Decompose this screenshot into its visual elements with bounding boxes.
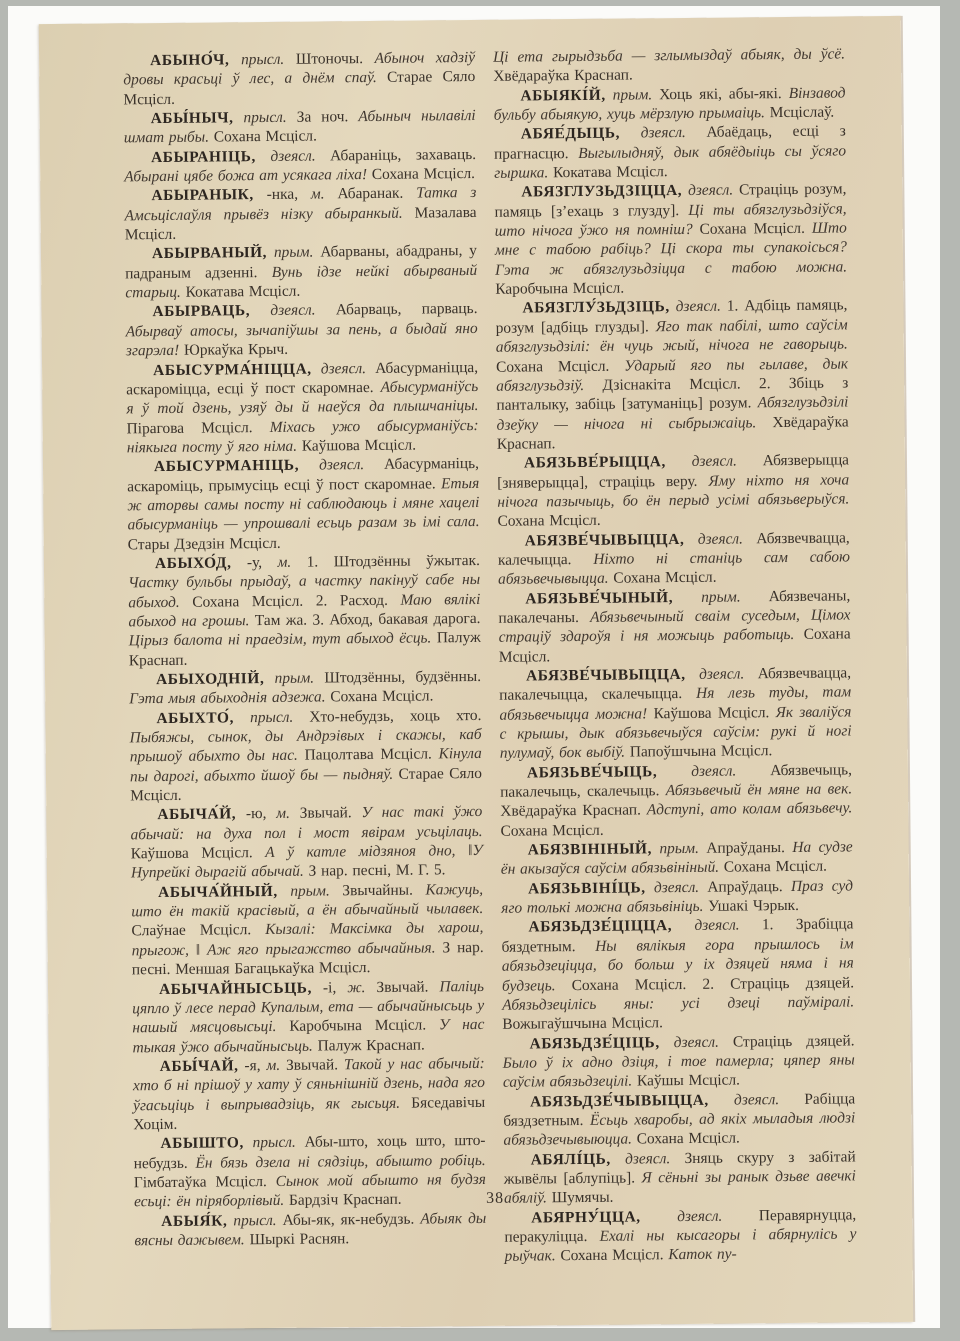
dictionary-entry: АБЯЗВІНІНЫЙ, прым. Апраўданы. На судзе ё… bbox=[501, 837, 853, 879]
italic-text: дзеясл. bbox=[660, 1033, 719, 1051]
dictionary-entry: АБЫНО́Ч, прысл. Штоночы. Абыноч хадзіў д… bbox=[123, 48, 476, 109]
headword: АБЫЯКІ́Й, bbox=[520, 86, 605, 104]
regular-text: Каўшова Мсцісл. bbox=[131, 844, 266, 862]
italic-text: дзеясл. bbox=[250, 302, 316, 320]
dictionary-entry: АБЯЗЬВЕ́ЧЫНЫЙ, прым. Абязвечаны, пакалеч… bbox=[498, 586, 851, 667]
dictionary-entry: АБЯЗЬДЗЕ́ЦІЦЬ, дзеясл. Страціць дзяцей. … bbox=[502, 1031, 855, 1092]
headword: АБЫНО́Ч, bbox=[150, 51, 229, 69]
regular-text: -я, bbox=[239, 1057, 267, 1074]
regular-text: За ноч. bbox=[287, 108, 359, 126]
headword: АБЫШТО, bbox=[160, 1135, 244, 1153]
regular-text: Абаранак. bbox=[324, 185, 416, 203]
regular-text: Штодзённы, будзённы. bbox=[314, 668, 481, 687]
regular-text: Кокатава Мсцісл. bbox=[553, 163, 668, 181]
regular-text: Абы-як, як-небудзь. bbox=[277, 1210, 421, 1228]
italic-text: дзеясл. bbox=[709, 1091, 779, 1109]
italic-text: Абырані цябе божа ат усякага ліха! bbox=[124, 166, 372, 185]
headword: АБЫЧА́ЙНЫЙ, bbox=[158, 883, 278, 901]
dictionary-entry: АБЫСУРМАНІЦЬ, дзеясл. Абасурманіць, аска… bbox=[127, 454, 480, 554]
headword: АБЫРАНЫК, bbox=[151, 187, 254, 205]
regular-text: Сохана Мсцісл. bbox=[500, 822, 603, 840]
headword: АБЯЗЬДЗЕ́ЦІЦЬ, bbox=[529, 1034, 659, 1052]
headword: АБЯЗГЛУЗЬДЗІЦЦА, bbox=[521, 182, 682, 201]
regular-text: Звычай. bbox=[280, 1056, 344, 1074]
regular-text: 1. Штодзённы ўжытак. bbox=[291, 552, 480, 571]
regular-text: Страціць дзяцей. bbox=[719, 1032, 855, 1050]
regular-text: Слаўнае Мсцісл. bbox=[131, 922, 265, 940]
dictionary-entry: АБЫРВАНЫЙ, прым. Абарваны, абадраны, у п… bbox=[125, 241, 478, 302]
italic-text: м. bbox=[277, 554, 291, 571]
italic-text: Ён бязь дзела ні сядзіць, абышто робіць. bbox=[195, 1152, 485, 1172]
regular-text: Вожыгаўшчына Мсцісл. bbox=[502, 1014, 663, 1033]
regular-text: Хвёдараўка Краснап. bbox=[493, 67, 633, 85]
regular-text: Пацолтава Мсцісл. bbox=[305, 746, 439, 764]
regular-text: Кокатава Мсцісл. bbox=[186, 283, 301, 301]
regular-text: Хто-небудзь, хоць хто. bbox=[293, 707, 481, 726]
italic-text: прым. bbox=[264, 670, 314, 687]
dictionary-entry: АБЯЗЬВІНІ́ЦЬ, дзеясл. Апраўдаць. Праз су… bbox=[501, 876, 853, 918]
regular-text: Хоць які, абы-які. bbox=[652, 85, 789, 103]
italic-text: м. bbox=[276, 805, 290, 822]
regular-text: Ушакі Чэрык. bbox=[708, 897, 799, 915]
regular-text: Сохана Мсцісл. bbox=[214, 128, 317, 146]
dictionary-entry: АБЫЯКІ́Й, прым. Хоць які, абы-які. Вінза… bbox=[493, 83, 845, 125]
dictionary-entry: Ці ета гырыдзьба — зглымыздаў абыяк, ды … bbox=[493, 44, 845, 86]
dictionary-entry: АБЯРНУ́ЦЦА, дзеясл. Перавярнуцца, пераку… bbox=[504, 1205, 857, 1266]
regular-text: -і, bbox=[312, 979, 347, 996]
regular-text: Сохана Мсцісл. 2. Расход. bbox=[192, 591, 400, 610]
regular-text: Каробчына Мсцісл. bbox=[289, 1017, 439, 1035]
regular-text: Сохана Мсцісл. bbox=[724, 858, 827, 876]
headword: АБЫХО́Д, bbox=[155, 554, 232, 572]
regular-text: Сохана Мсцісл. bbox=[496, 357, 624, 375]
italic-text: ж. bbox=[347, 979, 365, 996]
regular-text: З нар. песні, М. Г. 5. bbox=[308, 862, 445, 880]
italic-text: дзеясл. bbox=[299, 456, 364, 474]
dictionary-entry: АБЯЗВЕ́ЧЫВЫЦЦА, дзеясл. Абязвечвацца, па… bbox=[499, 663, 852, 763]
italic-text: Каток пу- bbox=[668, 1246, 737, 1264]
headword: АБЯЗГЛУ́ЗЬДЗІЦЬ, bbox=[522, 299, 669, 317]
italic-text: дзеясл. bbox=[312, 360, 366, 378]
regular-text: Мсціслаў. bbox=[770, 104, 835, 122]
headword: АБЫЯ́К, bbox=[161, 1212, 227, 1230]
headword: АБЫЧА́Й, bbox=[157, 806, 236, 824]
regular-text: -нка, bbox=[254, 186, 311, 204]
italic-text: Гэта мыя абыходнія адзежа. bbox=[129, 689, 330, 708]
regular-text: Сохана Мсцісл. bbox=[560, 1246, 668, 1264]
dictionary-entry: АБЫХТО́, прысл. Хто-небудзь, хоць хто. П… bbox=[129, 706, 482, 806]
regular-text: Каўшы Мсцісл. bbox=[637, 1072, 740, 1090]
headword: АБЫ́НЫЧ, bbox=[151, 109, 234, 127]
italic-text: Абырваў атосы, зычапіўшы за пень, а быда… bbox=[126, 320, 478, 360]
italic-text: дзеясл. bbox=[646, 879, 700, 897]
dictionary-entry: АБЫРВАЦЬ, дзеясл. Абарваць, парваць. Абы… bbox=[125, 299, 478, 360]
regular-text: Звычай. bbox=[365, 978, 439, 996]
regular-text: Абарваць, парваць. bbox=[315, 300, 477, 319]
italic-text: дзеясл. bbox=[686, 665, 745, 683]
regular-text: Каўшова Мсцісл. bbox=[653, 704, 775, 722]
regular-text: Апраўдаць. bbox=[699, 878, 791, 896]
dictionary-entry: АБЯЗЬВЕ́РЫЦЦА, дзеясл. Абязверыцца [зняв… bbox=[497, 451, 850, 532]
italic-text: м. bbox=[266, 1057, 280, 1074]
headword: АБЫРВАНЫЙ, bbox=[152, 244, 267, 262]
regular-text: Сохана Мсцісл. bbox=[497, 512, 600, 530]
italic-text: Ці ета гырыдзьба — зглымыздаў абыяк, ды … bbox=[493, 45, 845, 65]
dictionary-entry: АБЫЧА́ЙНЫЙ, прым. Звычайны. Кажуць, што … bbox=[131, 880, 484, 980]
headword: АБЯЗЬДЗЕ́ЦІЦЦА, bbox=[528, 918, 672, 936]
regular-text: Каробчына Мсцісл. bbox=[495, 280, 624, 298]
regular-text: -ю, bbox=[236, 805, 276, 822]
headword: АБЯЗЬВЕ́ЧЫЦЬ, bbox=[527, 763, 657, 781]
italic-text: дзеясл. bbox=[611, 1150, 671, 1168]
regular-text: Штоночы. bbox=[284, 50, 375, 68]
italic-text: прысл. bbox=[234, 708, 293, 726]
dictionary-entry: АБЯЗГЛУ́ЗЬДЗІЦЬ, дзеясл. 1. Адбіць памяц… bbox=[495, 296, 848, 454]
regular-text: Сохана Мсцісл. bbox=[613, 569, 716, 587]
italic-text: м. bbox=[311, 186, 325, 203]
regular-text: Звычайны. bbox=[330, 881, 426, 899]
headword: АБЫЧАЙНЫСЬЦЬ, bbox=[159, 979, 312, 997]
headword: АБЯЗЬВІНІ́ЦЬ, bbox=[528, 879, 646, 897]
regular-text: Шыркі Раснян. bbox=[249, 1230, 349, 1248]
headword: АБЯЕ́ДЫЦЬ, bbox=[521, 125, 620, 143]
regular-text: Папоўшчына Мсцісл. bbox=[630, 743, 773, 761]
dictionary-entry: АБЯЗЬДЗЕ́ЧЫВЫЦЦА, дзеясл. Рабіцца бяздзе… bbox=[503, 1089, 856, 1150]
headword: АБЫ́ЧАЙ, bbox=[160, 1057, 239, 1075]
dictionary-entry: АБЯЗГЛУЗЬДЗІЦЦА, дзеясл. Страціць розум,… bbox=[494, 180, 847, 299]
dictionary-entry: АБЫСУРМА́НІЦЦА, дзеясл. Абасурманіцца, а… bbox=[126, 357, 479, 457]
regular-text: Сохана Мсцісл. bbox=[637, 1130, 740, 1148]
headword: АБЯЗВІНІНЫЙ, bbox=[528, 840, 653, 858]
dictionary-entry: АБЯЗВЕ́ЧЫВЫЦЦА, дзеясл. Абязвечвацца, ка… bbox=[498, 528, 851, 589]
text-columns: АБЫНО́Ч, прысл. Штоночы. Абыноч хадзіў д… bbox=[123, 44, 857, 1270]
regular-text: Апраўданы. bbox=[699, 839, 793, 857]
dictionary-entry: АБЫ́ЧАЙ, -я, м. Звычай. Такой у нас абыч… bbox=[133, 1054, 486, 1135]
italic-text: Абязьвечый ён мяне на век. bbox=[666, 780, 853, 799]
italic-text: прым. bbox=[278, 882, 330, 899]
dictionary-entry: АБЯЕ́ДЫЦЬ, дзеясл. Абаёдаць, есці з праг… bbox=[494, 122, 847, 183]
regular-text: Абараніць, захаваць. bbox=[316, 146, 477, 165]
regular-text: Сохана Мсцісл. bbox=[372, 165, 475, 183]
dictionary-entry: АБЫРАНІЦЬ, дзеясл. Абараніць, захаваць. … bbox=[124, 145, 476, 187]
italic-text: дзеясл. bbox=[657, 762, 736, 780]
italic-text: прым. bbox=[673, 588, 741, 606]
dictionary-entry: АБЫЧА́Й, -ю, м. Звычай. У нас такі ўжо а… bbox=[130, 802, 483, 883]
dictionary-entry: АБЫ́НЫЧ, прысл. За ноч. Абыныч нылавілі … bbox=[124, 106, 476, 148]
headword: АБЯЗЬВЕ́ЧЫНЫЙ, bbox=[525, 589, 673, 607]
headword: АБЫХТО́, bbox=[156, 709, 234, 727]
regular-text: Палуж Краснап. bbox=[318, 1036, 425, 1054]
italic-text: Абязьдзецілісь яны: усі дзеці паўміралі. bbox=[502, 993, 854, 1013]
regular-text: -у, bbox=[231, 554, 277, 571]
regular-text: Стары Дзедзін Мсцісл. bbox=[128, 534, 281, 552]
left-column: АБЫНО́Ч, прысл. Штоночы. Абыноч хадзіў д… bbox=[123, 48, 487, 1270]
italic-text: дзеясл. bbox=[641, 1207, 723, 1225]
headword: АБЯЗВЕ́ЧЫВЫЦЦА, bbox=[525, 531, 685, 550]
dictionary-entry: АБЯЗЬВЕ́ЧЫЦЬ, дзеясл. Абязвечыць, пакале… bbox=[500, 760, 853, 841]
italic-text: дзеясл. bbox=[672, 917, 740, 935]
regular-text: Пірагова Мсцісл. bbox=[127, 419, 270, 437]
dictionary-entry: АБЫХО́Д, -у, м. 1. Штодзённы ўжытак. Час… bbox=[128, 551, 481, 670]
dictionary-entry: АБЫЯ́К, прысл. Абы-як, як-небудзь. Абыяк… bbox=[134, 1209, 486, 1251]
italic-text: дзеясл. bbox=[684, 530, 743, 548]
dictionary-entry: АБЫЧАЙНЫСЬЦЬ, -і, ж. Звычай. Паліць цяпл… bbox=[132, 976, 485, 1057]
italic-text: прысл. bbox=[229, 51, 284, 69]
headword: АБЯРНУ́ЦЦА, bbox=[531, 1208, 641, 1226]
headword: АБЫСУРМА́НІЦЦА, bbox=[153, 360, 312, 379]
headword: АБЯЛІ́ЦЬ, bbox=[531, 1150, 611, 1168]
regular-text: Хвёдараўка Краснап. bbox=[500, 802, 647, 820]
book-page: АБЫНО́Ч, прысл. Штоночы. Абыноч хадзіў д… bbox=[39, 16, 913, 1330]
italic-text: дзеясл. bbox=[666, 453, 737, 471]
dictionary-entry: АБЯЗЬДЗЕ́ЦІЦЦА, дзеясл. 1. Зрабіцца бязд… bbox=[501, 915, 854, 1034]
italic-text: прысл. bbox=[227, 1212, 276, 1229]
regular-text: Там жа. 3. Абход, бакавая дарога. bbox=[255, 610, 481, 629]
italic-text: Адступі, ато колам абязьвечу. bbox=[647, 800, 853, 819]
italic-text: прысл. bbox=[244, 1134, 296, 1151]
italic-text: дзеясл. bbox=[670, 298, 721, 315]
italic-text: прысл. bbox=[233, 109, 286, 127]
regular-text: Гімбатаўка Мсцісл. bbox=[134, 1173, 276, 1191]
italic-text: дзеясл. bbox=[620, 124, 686, 142]
regular-text: Юркаўка Крыч. bbox=[184, 341, 288, 359]
italic-text: прым. bbox=[267, 244, 314, 261]
regular-text: Сохана Мсцісл. bbox=[700, 220, 812, 238]
regular-text: Сохана Мсцісл. 2. Страціць дзяцей. bbox=[572, 974, 854, 994]
headword: АБЫРВАЦЬ, bbox=[152, 303, 250, 321]
headword: АБЯЗЬВЕ́РЫЦЦА, bbox=[524, 453, 666, 471]
regular-text: Звычай. bbox=[290, 805, 362, 823]
regular-text: Сохана Мсцісл. bbox=[330, 688, 433, 706]
dictionary-entry: АБЫХОДНІЙ, прым. Штодзённы, будзённы. Гэ… bbox=[129, 667, 481, 709]
italic-text: дзеясл. bbox=[682, 182, 733, 199]
headword: АБЫРАНІЦЬ, bbox=[151, 148, 256, 166]
headword: АБЫСУРМАНІЦЬ, bbox=[154, 457, 299, 475]
italic-text: прым. bbox=[652, 840, 699, 857]
italic-text: дзеясл. bbox=[256, 147, 316, 165]
headword: АБЯЗЬДЗЕ́ЧЫВЫЦЦА, bbox=[530, 1091, 709, 1110]
headword: АБЯЗВЕ́ЧЫВЫЦЦА, bbox=[526, 666, 686, 685]
regular-text: Каўшова Мсцісл. bbox=[302, 436, 416, 454]
right-column: Ці ета гырыдзьба — зглымыздаў абыяк, ды … bbox=[493, 44, 857, 1266]
italic-text: Цірыз балота ні праедзім, тут абыход ёсц… bbox=[129, 630, 437, 650]
italic-text: прым. bbox=[606, 86, 653, 103]
headword: АБЫХОДНІЙ, bbox=[156, 670, 264, 688]
dictionary-entry: АБЫРАНЫК, -нка, м. Абаранак. Татка з Амс… bbox=[124, 183, 477, 244]
